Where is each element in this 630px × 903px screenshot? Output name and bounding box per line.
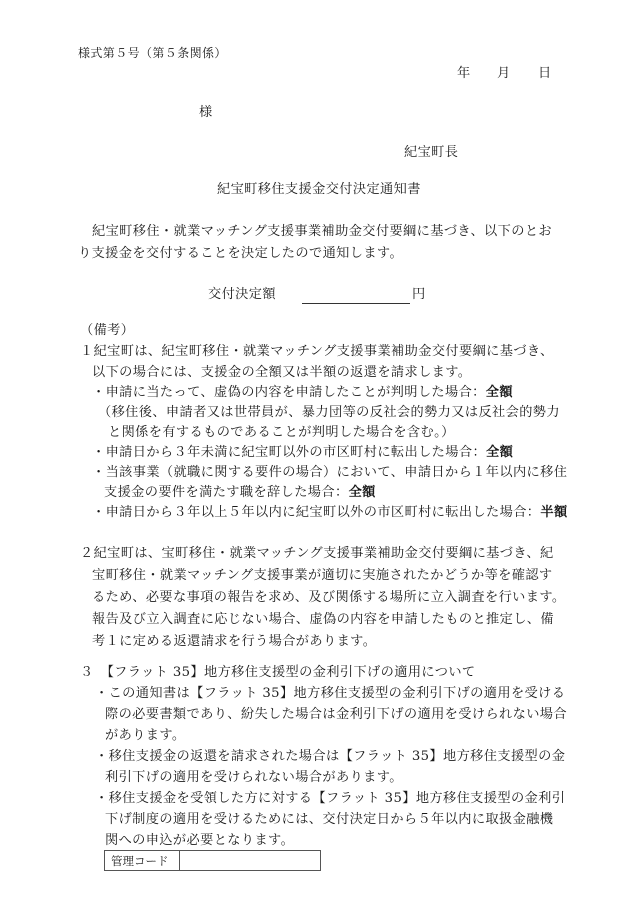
document-title: 紀宝町移住支援金交付決定通知書 [217, 181, 421, 199]
note2-line-4: 報告及び立入調査に応じない場合、虚偽の内容を申請したものと推定し、備 [92, 611, 554, 629]
note1-item-3-line-1: ・当該事業（就職に関する要件の場合）において、申請日から１年以内に移住 [92, 464, 567, 482]
note1-item-4: ・申請日から３年以上５年以内に紀宝町以外の市区町村に転出した場合：半額 [92, 504, 568, 522]
recipient-suffix: 様 [199, 104, 213, 122]
date-year-label: 年 [457, 65, 471, 83]
notes-heading: （備考） [80, 322, 134, 340]
form-number: 様式第５号（第５条関係） [78, 44, 227, 62]
note3-line-4: ・移住支援金の返還を請求された場合は【フラット 35】地方移住支援型の金 [95, 748, 565, 766]
note1-item-3-amount: 全額 [349, 485, 376, 500]
note3-line-6: ・移住支援金を受領した方に対する【フラット 35】地方移住支援型の金利引 [95, 790, 565, 808]
note1-line-2: 以下の場合には、支援金の全額又は半額の返還を請求します。 [92, 364, 471, 382]
note3-heading: ３ 【フラット 35】地方移住支援型の金利引下げの適用について [80, 664, 476, 682]
amount-value[interactable] [302, 289, 410, 304]
note1-item-2-text: ・申請日から３年未満に紀宝町以外の市区町村に転出した場合： [92, 445, 486, 460]
note3-line-3: があります。 [105, 727, 185, 745]
note1-item-1-sub-1: （移住後、申請者又は世帯員が、暴力団等の反社会的勢力又は反社会的勢力 [98, 404, 560, 422]
note1-item-4-amount: 半額 [540, 505, 567, 520]
note1-item-2-amount: 全額 [486, 445, 513, 460]
intro-line-2: り支援金を交付することを決定したので通知します。 [78, 245, 403, 263]
amount-label: 交付決定額 [208, 286, 276, 304]
intro-line-1: 紀宝町移住・就業マッチング支援事業補助金交付要綱に基づき、以下のとお [92, 223, 552, 241]
note2-line-2: 宝町移住・就業マッチング支援事業が適切に実施されたかどうか等を確認す [92, 567, 553, 585]
note1-item-4-text: ・申請日から３年以上５年以内に紀宝町以外の市区町村に転出した場合： [92, 505, 540, 520]
issuer: 紀宝町長 [404, 144, 458, 162]
note1-item-1-sub-2: と関係を有するものであることが判明した場合を含む。） [108, 424, 455, 442]
management-code-value[interactable] [180, 851, 321, 871]
note1-item-1-amount: 全額 [486, 385, 513, 400]
note1-item-3-line-2: 支援金の要件を満たす職を辞した場合：全額 [104, 484, 376, 502]
note3-line-7: 下げ制度の適用を受けるためには、交付決定日から５年以内に取扱金融機 [105, 811, 553, 829]
note3-line-5: 利引下げの適用を受けられない場合があります。 [105, 769, 403, 787]
note3-line-8: 関への申込が必要となります。 [105, 832, 294, 850]
note2-line-1: ２紀宝町は、宝町移住・就業マッチング支援事業補助金交付要綱に基づき、紀 [80, 545, 554, 563]
note2-line-5: 考１に定める返還請求を行う場合があります。 [92, 633, 376, 651]
note1-item-1-text: ・申請に当たって、虚偽の内容を申請したことが判明した場合： [92, 385, 486, 400]
note1-item-1: ・申請に当たって、虚偽の内容を申請したことが判明した場合：全額 [92, 384, 513, 402]
note1-line-1: １紀宝町は、紀宝町移住・就業マッチング支援事業補助金交付要綱に基づき、 [80, 343, 554, 361]
date-day-label: 日 [538, 65, 552, 83]
amount-unit: 円 [412, 287, 426, 302]
note2-line-3: るため、必要な事項の報告を求め、及び関係する場所に立入調査を行います。 [92, 589, 565, 607]
note1-item-3-text: 支援金の要件を満たす職を辞した場合： [104, 485, 349, 500]
note3-line-2: 際の必要書類であり、紛失した場合は金利引下げの適用を受けられない場合 [105, 706, 567, 724]
note3-line-1: ・この通知書は【フラット 35】地方移住支援型の金利引下げの適用を受ける [95, 685, 565, 703]
management-code-label: 管理コード [105, 851, 180, 871]
note1-item-2: ・申請日から３年未満に紀宝町以外の市区町村に転出した場合：全額 [92, 444, 513, 462]
amount-field[interactable]: 円 [302, 286, 426, 304]
management-code-table: 管理コード [104, 850, 321, 871]
date-month-label: 月 [497, 65, 511, 83]
